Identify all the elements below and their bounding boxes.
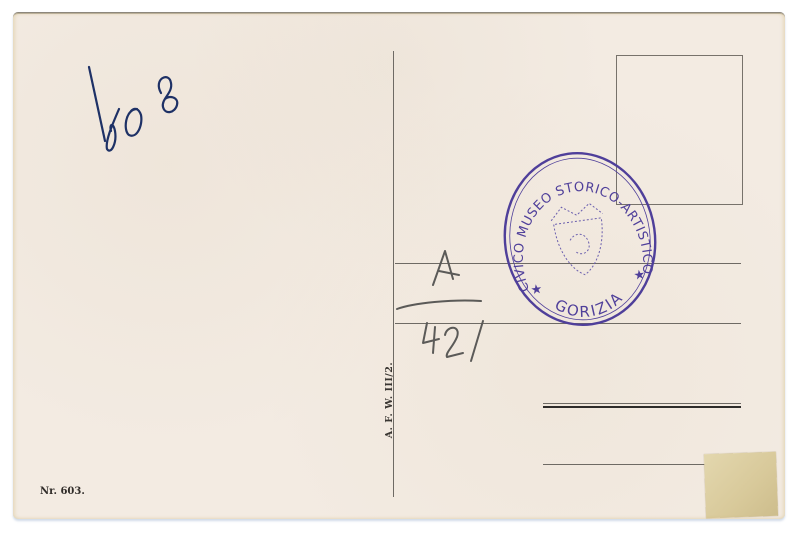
museum-stamp: CIVICO MUSEO STORICO-ARTISTICO GORIZIA ★… xyxy=(494,143,666,334)
postcard-back: A. F. W. III/2. Nr. 603. xyxy=(13,12,785,519)
handwritten-number-blue xyxy=(89,67,177,151)
stamp-star-right: ★ xyxy=(633,267,647,284)
coat-of-arms-icon xyxy=(550,202,611,279)
stamp-star-left: ★ xyxy=(530,282,544,299)
handwritten-inventory-pencil xyxy=(397,251,483,361)
stamp-bottom-text: GORIZIA xyxy=(550,286,629,325)
annotations-layer: CIVICO MUSEO STORICO-ARTISTICO GORIZIA ★… xyxy=(13,13,785,519)
